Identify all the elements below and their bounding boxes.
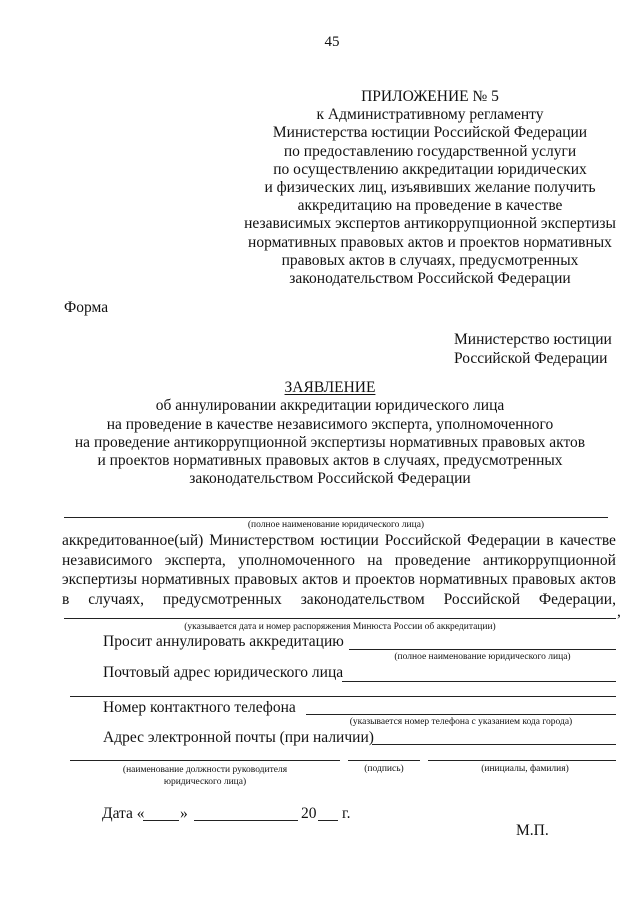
date-day-field[interactable]	[143, 820, 179, 821]
accreditation-order-field[interactable]	[64, 618, 616, 619]
postal-address-field-continuation[interactable]	[70, 696, 616, 697]
addressee-line: Министерство юстиции	[454, 330, 612, 349]
document-title: ЗАЯВЛЕНИЕ об аннулировании аккредитации …	[40, 379, 620, 489]
title-line: и проектов нормативных правовых актов в …	[40, 452, 620, 470]
appendix-line: независимых экспертов антикоррупционной …	[230, 215, 630, 233]
title-line: на проведение антикоррупционной эксперти…	[40, 434, 620, 452]
paragraph-line: независимого эксперта, уполномоченного н…	[62, 551, 616, 571]
legal-entity-name-field[interactable]	[64, 517, 608, 518]
legal-entity-name-hint: (полное наименование юридического лица)	[64, 520, 608, 530]
stamp-label: М.П.	[516, 822, 549, 840]
phone-label: Номер контактного телефона	[103, 699, 296, 717]
title-line: на проведение в качестве независимого эк…	[40, 416, 620, 434]
accreditation-order-hint: (указывается дата и номер распоряжения М…	[64, 622, 616, 632]
signature-field[interactable]	[348, 760, 420, 761]
position-field[interactable]	[70, 760, 340, 761]
request-annulment-label: Просит аннулировать аккредитацию	[103, 633, 344, 651]
date-year-field[interactable]	[318, 820, 338, 821]
request-annulment-hint: (полное наименование юридического лица)	[349, 652, 616, 662]
email-field[interactable]	[372, 744, 616, 745]
appendix-line: по осуществлению аккредитации юридически…	[230, 161, 630, 179]
phone-hint: (указывается номер телефона с указанием …	[306, 717, 616, 727]
appendix-line: законодательством Российской Федерации	[230, 270, 630, 288]
paragraph-line: экспертизы нормативных правовых актов и …	[62, 570, 616, 590]
appendix-line: Министерства юстиции Российской Федераци…	[230, 124, 630, 142]
date-label: Дата «	[102, 805, 145, 823]
order-comma: ,	[617, 603, 621, 621]
appendix-line: и физических лиц, изъявивших желание пол…	[230, 179, 630, 197]
name-hint: (инициалы, фамилия)	[440, 764, 610, 774]
page-number: 45	[0, 34, 640, 51]
paragraph-line: аккредитованное(ый) Министерством юстици…	[62, 531, 616, 551]
date-year-suffix: г.	[342, 805, 350, 823]
appendix-header: ПРИЛОЖЕНИЕ № 5 к Административному регла…	[230, 88, 630, 288]
addressee-line: Российской Федерации	[454, 349, 612, 368]
title-line: законодательством Российской Федерации	[40, 470, 620, 488]
date-month-field[interactable]	[194, 820, 298, 821]
email-label: Адрес электронной почты (при наличии)	[103, 729, 374, 747]
title-heading: ЗАЯВЛЕНИЕ	[40, 379, 620, 397]
appendix-line: аккредитацию на проведение в качестве	[230, 197, 630, 215]
name-field[interactable]	[428, 760, 616, 761]
appendix-line: к Административному регламенту	[230, 106, 630, 124]
postal-address-field[interactable]	[342, 681, 616, 682]
accreditation-paragraph: аккредитованное(ый) Министерством юстици…	[62, 531, 616, 609]
position-hint: (наименование должности руководителя юри…	[70, 764, 340, 788]
request-annulment-field[interactable]	[349, 649, 616, 650]
date-year-prefix: 20	[301, 805, 317, 823]
date-quote-close: »	[180, 805, 188, 823]
postal-address-label: Почтовый адрес юридического лица	[103, 664, 343, 682]
appendix-line: ПРИЛОЖЕНИЕ № 5	[230, 88, 630, 106]
form-label: Форма	[64, 299, 108, 317]
paragraph-line: в случаях, предусмотренных законодательс…	[62, 590, 616, 610]
addressee: Министерство юстиции Российской Федераци…	[454, 330, 612, 368]
signature-hint: (подпись)	[348, 764, 420, 774]
appendix-line: по предоставлению государственной услуги	[230, 143, 630, 161]
appendix-line: правовых актов в случаях, предусмотренны…	[230, 252, 630, 270]
appendix-line: нормативных правовых актов и проектов но…	[230, 234, 630, 252]
phone-field[interactable]	[306, 714, 616, 715]
title-line: об аннулировании аккредитации юридическо…	[40, 397, 620, 415]
